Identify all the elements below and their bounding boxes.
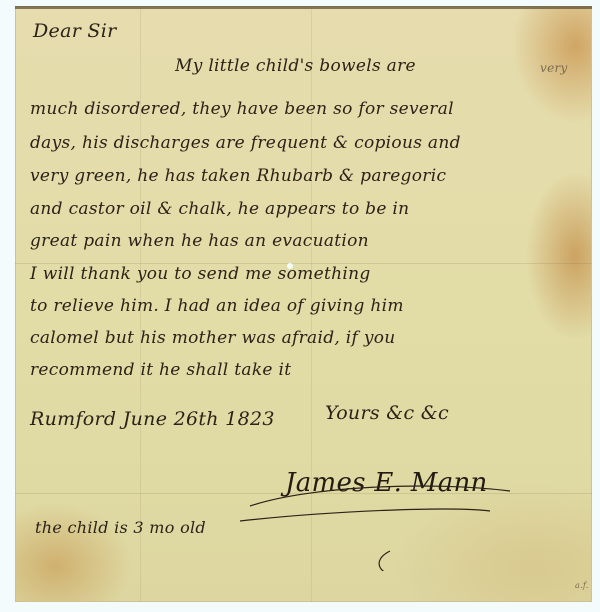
- body-line: and castor oil & chalk, he appears to be…: [30, 199, 409, 219]
- body-line: calomel but his mother was afraid, if yo…: [30, 328, 396, 348]
- body-line: to relieve him. I had an idea of giving …: [30, 296, 404, 316]
- margin-note: very: [540, 61, 568, 75]
- body-line: very green, he has taken Rhubarb & pareg…: [30, 166, 446, 186]
- salutation: Dear Sir: [33, 20, 117, 42]
- letter-paper: Dear Sir My little child's bowels are ve…: [15, 6, 592, 602]
- body-line: I will thank you to send me something: [30, 264, 371, 284]
- place-date: Rumford June 26th 1823: [30, 408, 275, 430]
- body-line: recommend it he shall take it: [30, 360, 291, 380]
- signature-flourish: [230, 451, 530, 571]
- body-line: days, his discharges are frequent & copi…: [30, 133, 461, 153]
- body-line: great pain when he has an evacuation: [30, 231, 369, 251]
- body-line: much disordered, they have been so for s…: [30, 99, 454, 119]
- body-line: My little child's bowels are: [175, 56, 416, 76]
- postscript: the child is 3 mo old: [35, 518, 206, 537]
- closing: Yours &c &c: [325, 402, 449, 424]
- corner-mark: a.f.: [575, 581, 589, 590]
